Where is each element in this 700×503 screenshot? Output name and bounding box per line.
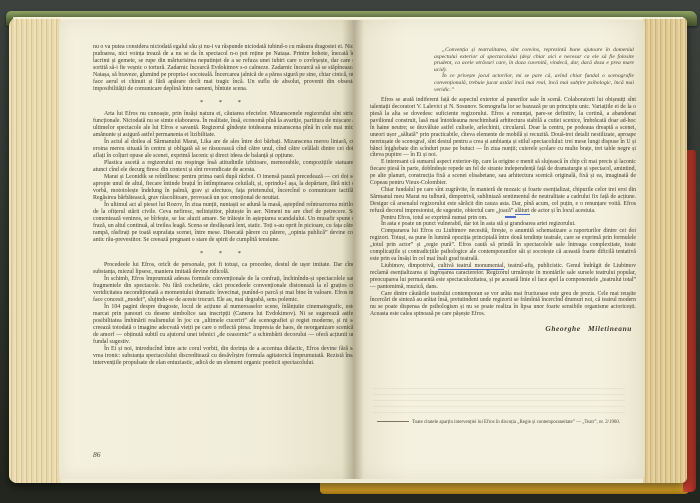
pen-dash-annotation — [505, 216, 516, 218]
page-stack-left-edge — [9, 17, 61, 483]
page-number: 86 — [93, 450, 101, 459]
paragraph: În ultimul act al piesei lui Rozov, În z… — [93, 202, 355, 244]
paragraph: Arta lui Efros nu cunoaște, prin însăși … — [93, 111, 355, 139]
right-page-text-column: „Convenția și teatralitatea, sînt convin… — [370, 47, 636, 333]
paragraph: Efros se arată indiferent față de aspect… — [370, 97, 636, 159]
paragraph: În actul al doilea al Sărmanului Marat, … — [93, 139, 355, 160]
paragraph: Liubimov, dimpotrivă, cultivă teatrul mo… — [370, 263, 636, 291]
paragraph: Procedeele lui Efros, oricît de personal… — [93, 262, 355, 276]
paragraph: Chiar fundalul pe care sînt zugrăvite, î… — [370, 187, 636, 215]
text-segment: de actor și în locul acestuia. — [530, 208, 596, 214]
page-top-highlight — [13, 17, 683, 19]
left-page-text-column: nu o va putea considera niciodată egalul… — [93, 44, 355, 367]
quote: „Convenția și teatralitatea, sînt convin… — [434, 47, 634, 73]
page-stack-right-edge — [643, 17, 687, 483]
epigraph-quote: „Convenția și teatralitatea, sînt convin… — [370, 47, 636, 93]
paragraph: Plastica ascetă a regizorului nu resping… — [93, 160, 355, 174]
footnote-text: Toate citatele aparțin intervenției lui … — [412, 420, 620, 425]
paragraph: E interesant că sumarul aspect exterior-… — [370, 159, 636, 187]
separator: * * * — [93, 250, 355, 257]
book-scan-photo: nu o va putea considera niciodată egalul… — [0, 0, 700, 503]
paragraph: Compararea lui Efros cu Liubimov necesit… — [370, 228, 636, 263]
open-book: nu o va putea considera niciodată egalul… — [9, 17, 687, 483]
footnote-rule — [377, 421, 409, 422]
separator: * * * — [93, 99, 355, 106]
text-segment: Chiar fundalul pe care sînt zugrăvite, î… — [370, 187, 636, 214]
paragraph: Marat și Leonidik se reîntîlnesc pentru … — [93, 174, 355, 202]
paragraph: În schimb, Efros împrumută adesea formul… — [93, 276, 355, 304]
paragraph: În Ei și noi, introducînd între acte cor… — [93, 346, 355, 367]
paragraph: În 104 pagini despre dragoste, locul de … — [93, 304, 355, 346]
paragraph: nu o va putea considera niciodată egalul… — [93, 44, 355, 93]
quote: În ce privește jocul actorilor, mi se pa… — [434, 73, 634, 93]
footnote: Toate citatele aparțin intervenției lui … — [377, 420, 629, 426]
right-page: „Convenția și teatralitatea, sînt convin… — [353, 20, 645, 479]
text-segment: Liubimov, dimpotrivă, — [381, 263, 438, 269]
left-page: nu o va putea considera niciodată egalul… — [59, 20, 353, 479]
show-through-texture — [373, 388, 625, 414]
right-page-body: Efros se arată indiferent față de aspect… — [370, 97, 636, 318]
paragraph: Care dintre căutările teatrului contempo… — [370, 291, 636, 319]
pen-underline-annotation: alături — [515, 208, 530, 216]
author-signature: Gheorghe Miletineanu — [370, 326, 636, 333]
book-gutter-shadow — [342, 20, 364, 479]
